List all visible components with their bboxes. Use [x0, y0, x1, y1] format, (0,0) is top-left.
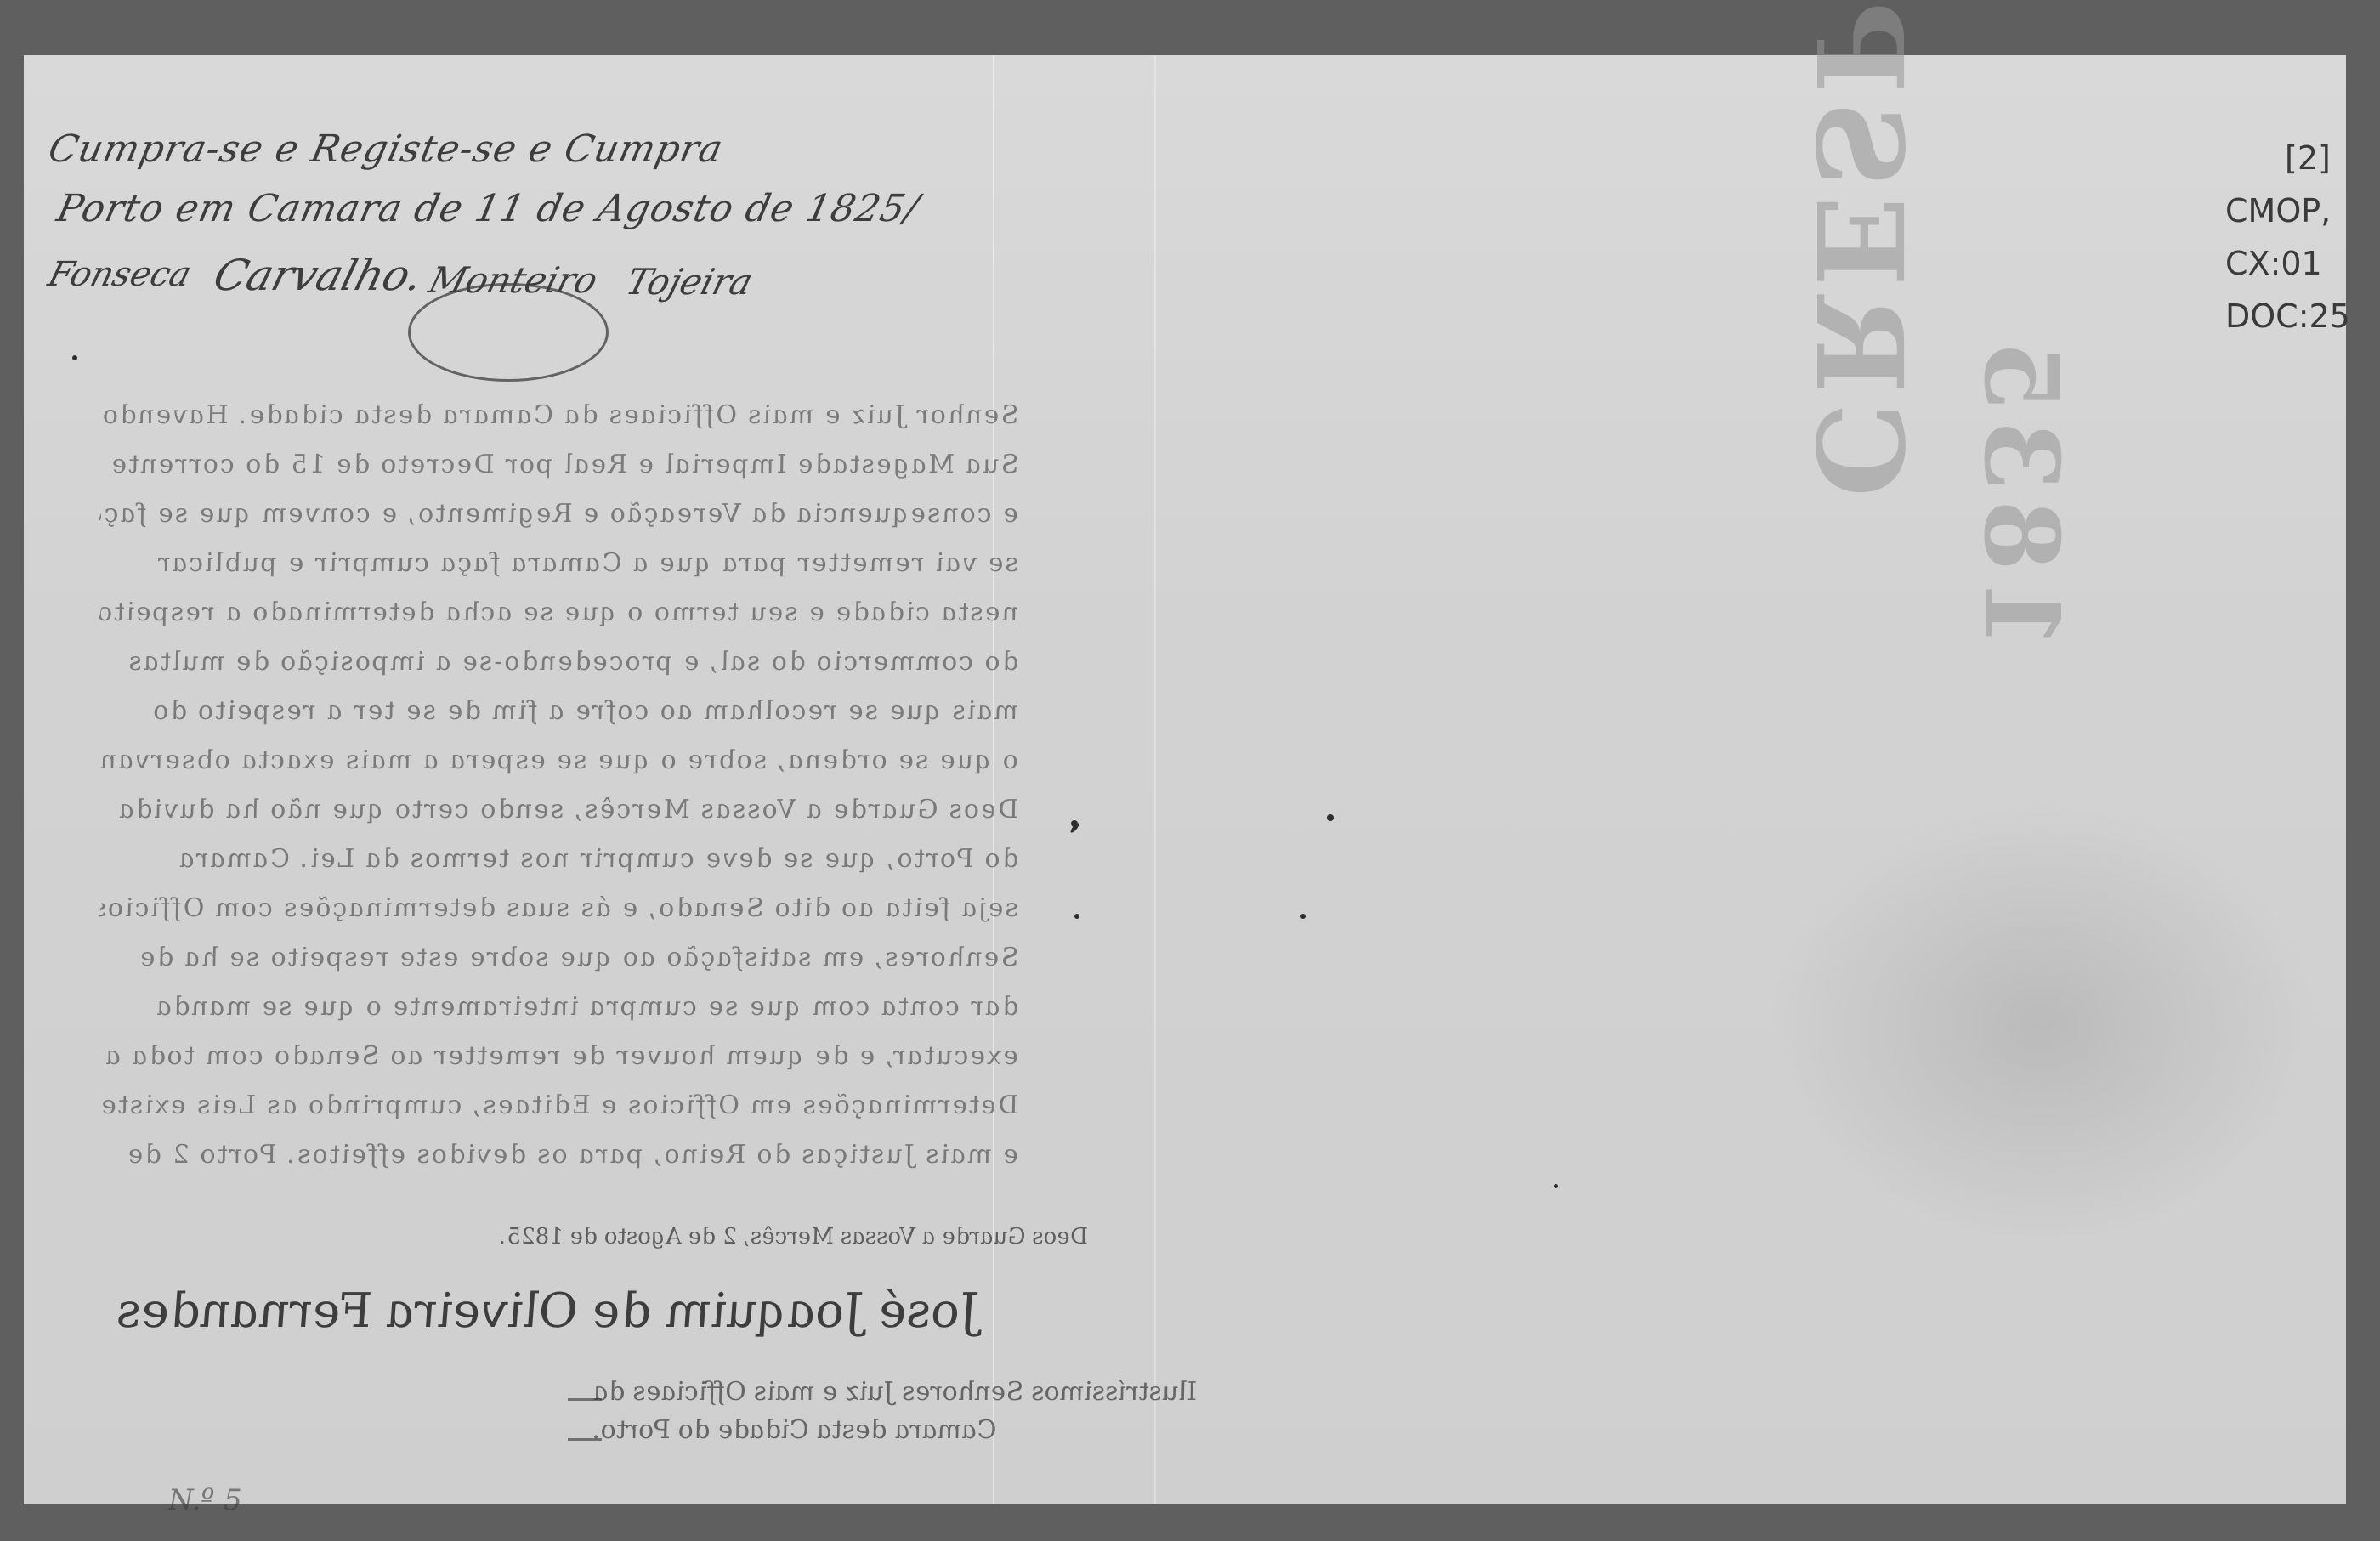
- document-sheet: CRESPIA 1835 Cumpra-se e Registe-se e Cu…: [24, 55, 2346, 1504]
- body-line: o que se ordena, sobre o que se espera a…: [95, 736, 1023, 785]
- archival-doc: DOC:25: [2225, 290, 2350, 343]
- body-line: do commercio do sal, e procedendo-se a i…: [95, 637, 1023, 687]
- body-line: se vai remetter para que a Camara faça c…: [95, 539, 1023, 588]
- archival-reference: [2] CMOP, CX:01 DOC:25: [2225, 132, 2350, 343]
- body-line: Sua Magestade Imperial e Real por Decret…: [95, 440, 1023, 490]
- speck: [1300, 914, 1306, 919]
- archival-sheet-number: [2]: [2225, 132, 2350, 184]
- watermark-text-1: CRESPIA: [1788, 0, 1928, 497]
- body-line: dar conta com que se cumpra inteiramente…: [95, 983, 1023, 1032]
- closing-date-line: Deos Guarde a Vossas Mercês, 2 de Agosto…: [497, 1224, 1091, 1249]
- address-line-1: Ilustríssimos Senhores Juiz e mais Offic…: [590, 1377, 1199, 1407]
- header-annotation-line-2: Porto em Camara de 11 de Agosto de 1825/: [54, 187, 924, 230]
- closing-signature: José Joaquim de Oliveira Fernandes: [110, 1283, 987, 1339]
- address-line-2: Camara desta Cidade do Porto.: [590, 1415, 1000, 1445]
- corner-mark: N.º 5: [168, 1483, 242, 1517]
- address-dash-2: [568, 1438, 602, 1441]
- archival-fonds: CMOP,: [2225, 184, 2350, 237]
- bullet-speck: [72, 355, 77, 360]
- signature-carvalho: Carvalho.: [208, 251, 428, 300]
- body-line: nesta cidade e seu termo o que se acha d…: [95, 588, 1023, 637]
- body-line: do Porto, que se deve cumprir nos termos…: [95, 835, 1023, 884]
- body-line: Senhores, em satisfação ao que sobre est…: [95, 933, 1023, 983]
- signature-tojeira: Tojeira: [621, 261, 757, 303]
- body-line: e consequencia da Vereação e Regimento, …: [95, 490, 1023, 539]
- watermark-text-2: 1835: [1961, 332, 2081, 650]
- body-line: Determinações em Officios e Editaes, cum…: [95, 1081, 1023, 1130]
- speck: [1074, 914, 1079, 919]
- paper-stain: [1766, 803, 2319, 1245]
- body-line: seja feita ao dito Senado, e ás suas det…: [95, 884, 1023, 933]
- speck: [1554, 1184, 1558, 1188]
- body-line: executar, e de quem houver de remetter a…: [95, 1032, 1023, 1081]
- header-annotation-line-1: Cumpra-se e Registe-se e Cumpra: [45, 127, 728, 171]
- pinhole: [1327, 814, 1334, 821]
- fold-line-center: [1154, 55, 1156, 1504]
- archival-box: CX:01: [2225, 237, 2350, 290]
- body-text-mirrored: Senhor Juiz e mais Officiaes da Camara d…: [100, 391, 1018, 1180]
- address-dash-1: [568, 1398, 602, 1401]
- body-line: Senhor Juiz e mais Officiaes da Camara d…: [95, 391, 1023, 440]
- body-line: mais que se recolham ao cofre a fim de s…: [95, 687, 1023, 736]
- signature-fonseca: Fonseca: [44, 255, 195, 294]
- body-line: e mais Justiças do Reino, para os devido…: [95, 1130, 1023, 1180]
- body-line: Deos Guarde a Vossas Mercês, sendo certo…: [95, 785, 1023, 835]
- signature-monteiro: Monteiro: [424, 259, 602, 301]
